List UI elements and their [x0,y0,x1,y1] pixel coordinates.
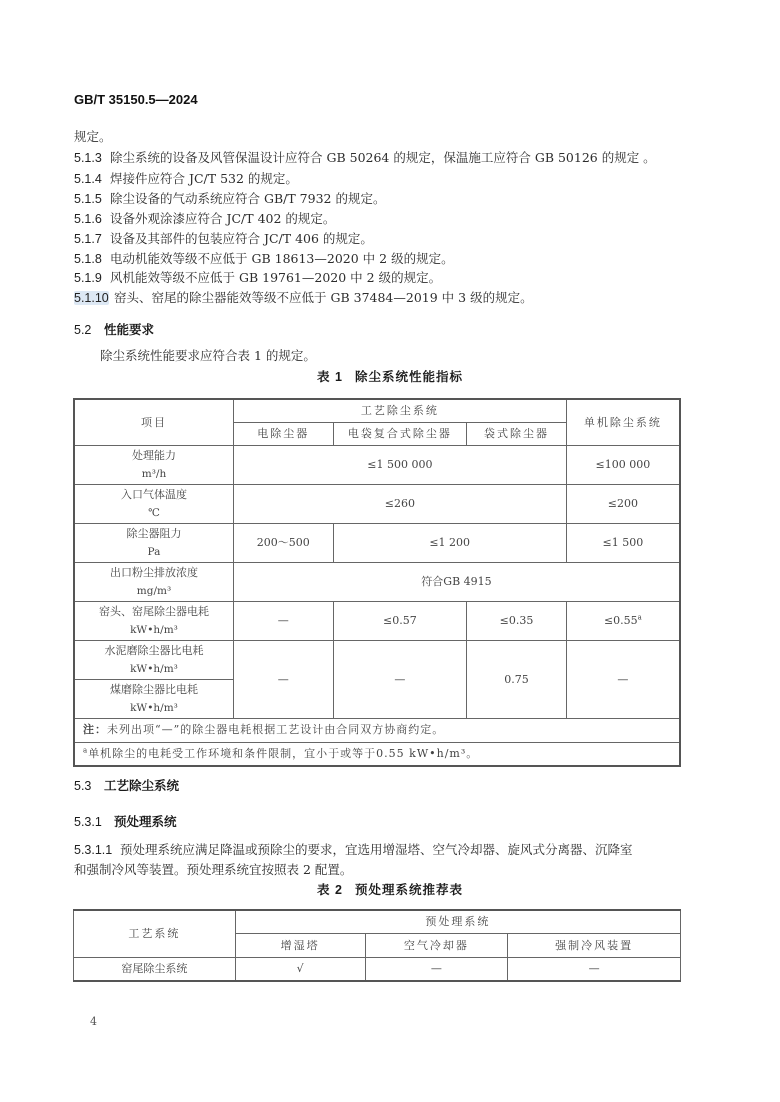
section-title: 工艺除尘系统 [104,779,179,793]
cell-value: ≤260 [233,484,566,523]
header-standalone-system: 单机除尘系统 [566,399,680,445]
table-row: 除尘器阻力Pa 200～500 ≤1 200 ≤1 500 [74,523,680,562]
table-footnote-row: a单机除尘的电耗受工作环境和条件限制，宜小于或等于0.55 kW•h/m³。 [74,742,680,766]
cell-value: 200～500 [233,523,333,562]
row-label: 窑尾除尘系统 [74,957,236,981]
cell-value: ≤1 500 [566,523,680,562]
cell-value: — [365,957,508,981]
clause-text: 设备及其部件的包装应符合 JC/T 406 的规定。 [110,231,373,246]
clause-text: 电动机能效等级不应低于 GB 18613—2020 中 2 级的规定。 [110,251,454,266]
clause-text: 除尘设备的气动系统应符合 GB/T 7932 的规定。 [110,191,385,206]
cell-value: 符合GB 4915 [233,562,680,601]
clause-5-3-1-1-cont: 和强制冷风等装置。预处理系统宜按照表 2 配置。 [74,860,352,878]
clause-number: 5.1.10 [74,291,114,305]
clause-text: 除尘系统的设备及风管保温设计应符合 GB 50264 的规定，保温施工应符合 G… [110,150,656,165]
table-row: 出口粉尘排放浓度mg/m³ 符合GB 4915 [74,562,680,601]
clause-number: 5.1.8 [74,252,110,266]
section-number: 5.3.1 [74,815,114,829]
clause-number: 5.1.7 [74,232,110,246]
cell-value: — [233,640,333,718]
table-row: 窑头、窑尾除尘器电耗kW•h/m³ — ≤0.57 ≤0.35 ≤0.55a [74,601,680,640]
table-title: 预处理系统推荐表 [355,883,463,897]
row-label: 煤磨除尘器比电耗kW•h/m³ [74,679,233,718]
header-process-system: 工艺系统 [74,910,236,957]
clause-5-1-9: 5.1.9风机能效等级不应低于 GB 19761—2020 中 2 级的规定。 [74,268,441,286]
clause-number: 5.1.4 [74,172,110,186]
clause-5-3-1-1: 5.3.1.1预处理系统应满足降温或预除尘的要求，宜选用增湿塔、空气冷却器、旋风… [74,840,633,858]
section-title: 性能要求 [104,323,154,337]
clause-text: 焊接件应符合 JC/T 532 的规定。 [110,171,298,186]
clause-text: 窑头、窑尾的除尘器能效等级不应低于 GB 37484—2019 中 3 级的规定… [114,290,533,305]
table-row: 窑尾除尘系统 √ — — [74,957,681,981]
cell-value: ≤200 [566,484,680,523]
clause-number: 5.3.1.1 [74,843,120,857]
cell-value: ≤100 000 [566,445,680,484]
document-code: GB/T 35150.5—2024 [74,92,198,107]
header-bag: 袋式除尘器 [467,422,567,445]
clause-text: 风机能效等级不应低于 GB 19761—2020 中 2 级的规定。 [110,270,441,285]
section-heading-5-3: 5.3工艺除尘系统 [74,776,179,794]
clause-5-1-6: 5.1.6设备外观涂漆应符合 JC/T 402 的规定。 [74,209,335,227]
section-heading-5-2: 5.2性能要求 [74,320,154,338]
table2-caption: 表 2预处理系统推荐表 [0,880,780,898]
table-row: 入口气体温度℃ ≤260 ≤200 [74,484,680,523]
cell-value: — [508,957,681,981]
section-number: 5.2 [74,323,104,337]
performance-table: 项目 工艺除尘系统 单机除尘系统 电除尘器 电袋复合式除尘器 袋式除尘器 处理能… [73,398,681,767]
cell-value: ≤0.35 [467,601,567,640]
section-number: 5.3 [74,779,104,793]
cell-value: ≤1 200 [333,523,566,562]
section-title: 预处理系统 [114,815,177,829]
row-label: 入口气体温度℃ [74,484,233,523]
clause-number: 5.1.6 [74,212,110,226]
cell-value: — [333,640,467,718]
row-label: 处理能力m³/h [74,445,233,484]
header-esp: 电除尘器 [233,422,333,445]
table-row: 处理能力m³/h ≤1 500 000 ≤100 000 [74,445,680,484]
table-row: 水泥磨除尘器比电耗kW•h/m³ — — 0.75 — [74,640,680,679]
clause-5-1-8: 5.1.8电动机能效等级不应低于 GB 18613—2020 中 2 级的规定。 [74,249,454,267]
row-label: 除尘器阻力Pa [74,523,233,562]
header-humidifier-tower: 增湿塔 [235,933,365,957]
clause-number: 5.1.5 [74,192,110,206]
cell-value: √ [235,957,365,981]
pretreatment-table: 工艺系统 预处理系统 增湿塔 空气冷却器 强制冷风装置 窑尾除尘系统 √ — — [73,909,681,982]
cell-value: — [566,640,680,718]
table-number: 表 1 [317,370,343,384]
clause-5-1-10: 5.1.10窑头、窑尾的除尘器能效等级不应低于 GB 37484—2019 中 … [74,288,533,306]
table1-caption: 表 1除尘系统性能指标 [0,367,780,385]
cell-value: — [233,601,333,640]
row-label: 出口粉尘排放浓度mg/m³ [74,562,233,601]
cell-value: ≤0.57 [333,601,467,640]
header-item: 项目 [74,399,233,445]
table-note: 注：未列出项“—”的除尘器电耗根据工艺设计由合同双方协商约定。 [74,718,680,742]
clause-text: 预处理系统应满足降温或预除尘的要求，宜选用增湿塔、空气冷却器、旋风式分离器、沉降… [120,842,633,857]
clause-5-1-3: 5.1.3除尘系统的设备及风管保温设计应符合 GB 50264 的规定，保温施工… [74,148,656,166]
footnote-mark: a [638,613,642,621]
table-footnote: a单机除尘的电耗受工作环境和条件限制，宜小于或等于0.55 kW•h/m³。 [74,742,680,766]
row-label: 窑头、窑尾除尘器电耗kW•h/m³ [74,601,233,640]
document-page: GB/T 35150.5—2024 规定。 5.1.3除尘系统的设备及风管保温设… [0,0,780,1102]
clause-number: 5.1.3 [74,151,110,165]
clause-5-1-7: 5.1.7设备及其部件的包装应符合 JC/T 406 的规定。 [74,229,373,247]
header-process-system: 工艺除尘系统 [233,399,566,422]
section-heading-5-3-1: 5.3.1预处理系统 [74,812,177,830]
table-number: 表 2 [317,883,343,897]
continuation-text: 规定。 [74,127,112,145]
text-selection-highlight[interactable]: 5.1.10 [74,291,109,305]
header-hybrid: 电袋复合式除尘器 [333,422,467,445]
cell-value: ≤1 500 000 [233,445,566,484]
clause-5-1-5: 5.1.5除尘设备的气动系统应符合 GB/T 7932 的规定。 [74,189,385,207]
clause-number: 5.1.9 [74,271,110,285]
header-pretreatment-system: 预处理系统 [235,910,680,933]
table-title: 除尘系统性能指标 [355,370,463,384]
section-5-2-intro: 除尘系统性能要求应符合表 1 的规定。 [100,346,316,364]
row-label: 水泥磨除尘器比电耗kW•h/m³ [74,640,233,679]
cell-value: ≤0.55a [566,601,680,640]
clause-5-1-4: 5.1.4焊接件应符合 JC/T 532 的规定。 [74,169,298,187]
header-air-cooler: 空气冷却器 [365,933,508,957]
page-number: 4 [90,1015,97,1028]
cell-value: 0.75 [467,640,567,718]
clause-text: 设备外观涂漆应符合 JC/T 402 的规定。 [110,211,335,226]
table-note-row: 注：未列出项“—”的除尘器电耗根据工艺设计由合同双方协商约定。 [74,718,680,742]
header-forced-cooling: 强制冷风装置 [508,933,681,957]
